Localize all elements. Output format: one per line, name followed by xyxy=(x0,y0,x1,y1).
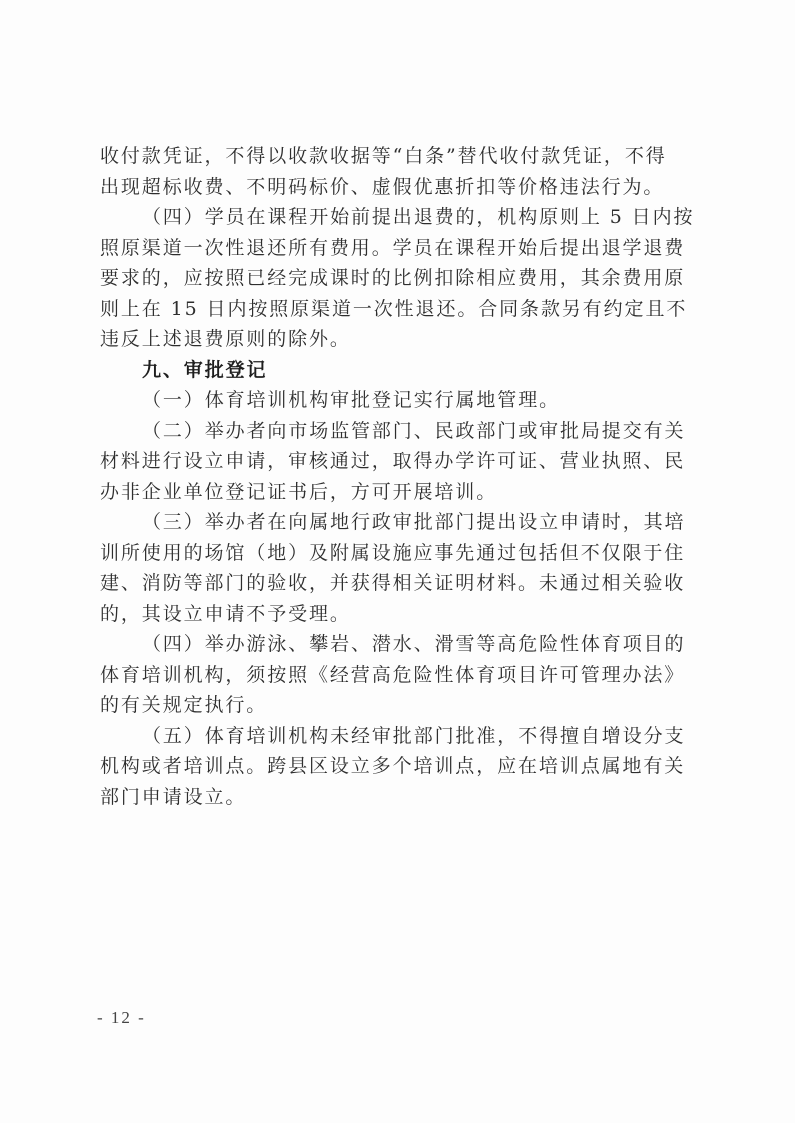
paragraph-line: （四）学员在课程开始前提出退费的，机构原则上 5 日内按 xyxy=(100,202,692,233)
paragraph-line: 则上在 15 日内按照原渠道一次性退还。合同条款另有约定且不 xyxy=(100,294,692,325)
paragraph-line: 办非企业单位登记证书后，方可开展培训。 xyxy=(100,477,692,508)
paragraph-line: 要求的，应按照已经完成课时的比例扣除相应费用，其余费用原 xyxy=(100,263,692,294)
paragraph-line: （四）举办游泳、攀岩、潜水、滑雪等高危险性体育项目的 xyxy=(100,629,692,660)
document-page: 收付款凭证，不得以收款收据等“白条”替代收付款凭证，不得 出现超标收费、不明码标… xyxy=(100,141,692,812)
paragraph-line: （三）举办者在向属地行政审批部门提出设立申请时，其培 xyxy=(100,507,692,538)
paragraph-line: 照原渠道一次性退还所有费用。学员在课程开始后提出退学退费 xyxy=(100,233,692,264)
paragraph-line: 机构或者培训点。跨县区设立多个培训点，应在培训点属地有关 xyxy=(100,751,692,782)
paragraph-line: （二）举办者向市场监管部门、民政部门或审批局提交有关 xyxy=(100,416,692,447)
paragraph-line: 部门申请设立。 xyxy=(100,782,692,813)
paragraph-line: 材料进行设立申请，审核通过，取得办学许可证、营业执照、民 xyxy=(100,446,692,477)
paragraph-line: （一）体育培训机构审批登记实行属地管理。 xyxy=(100,385,692,416)
paragraph-line: 训所使用的场馆（地）及附属设施应事先通过包括但不仅限于住 xyxy=(100,538,692,569)
section-heading: 九、审批登记 xyxy=(100,355,692,386)
paragraph-line: 建、消防等部门的验收，并获得相关证明材料。未通过相关验收 xyxy=(100,568,692,599)
paragraph-line: 出现超标收费、不明码标价、虚假优惠折扣等价格违法行为。 xyxy=(100,172,692,203)
paragraph-line: 的有关规定执行。 xyxy=(100,690,692,721)
paragraph-line: （五）体育培训机构未经审批部门批准，不得擅自增设分支 xyxy=(100,721,692,752)
paragraph-line: 违反上述退费原则的除外。 xyxy=(100,324,692,355)
paragraph-line: 收付款凭证，不得以收款收据等“白条”替代收付款凭证，不得 xyxy=(100,141,692,172)
paragraph-line: 体育培训机构，须按照《经营高危险性体育项目许可管理办法》 xyxy=(100,660,692,691)
paragraph-line: 的，其设立申请不予受理。 xyxy=(100,599,692,630)
page-number: - 12 - xyxy=(97,1008,146,1028)
